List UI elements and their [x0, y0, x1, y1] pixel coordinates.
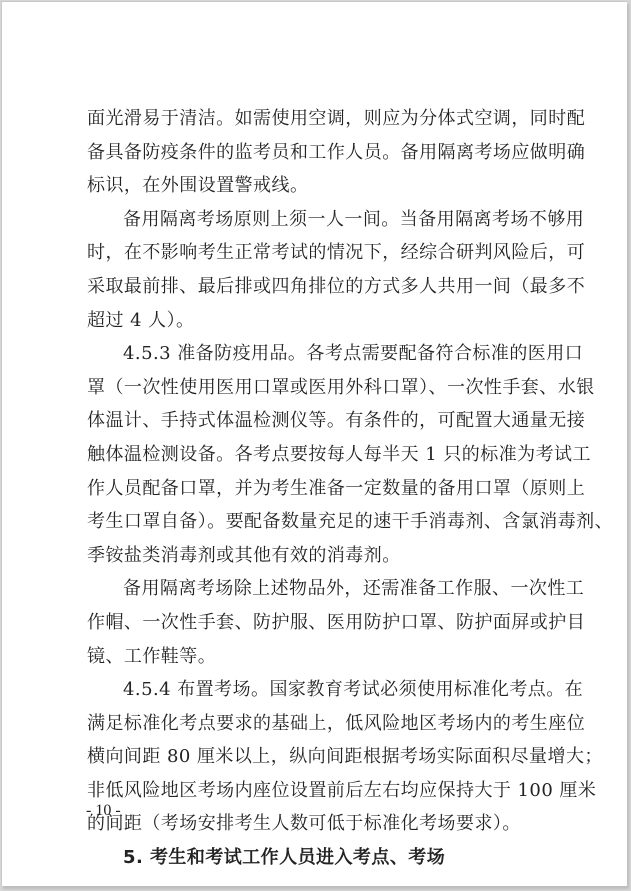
document-body: 面光滑易于清洁。如需使用空调，则应为分体式空调，同时配 备具备防疫条件的监考员和… [87, 102, 539, 875]
text-line: 的间距（考场安排考生人数可低于标准化考场要求）。 [87, 807, 539, 841]
text-line: 体温计、手持式体温检测仪等。有条件的，可配置大通量无接 [87, 404, 539, 438]
document-page: 面光滑易于清洁。如需使用空调，则应为分体式空调，同时配 备具备防疫条件的监考员和… [1, 1, 627, 886]
text-line: 季铵盐类消毒剂或其他有效的消毒剂。 [87, 539, 539, 573]
section-heading: 5. 考生和考试工作人员进入考点、考场 [87, 841, 539, 875]
text-line: 4.5.3 准备防疫用品。各考点需要配备符合标准的医用口 [87, 337, 539, 371]
text-line: 非低风险地区考场内座位设置前后左右均应保持大于 100 厘米 [87, 774, 539, 808]
text-line: 面光滑易于清洁。如需使用空调，则应为分体式空调，同时配 [87, 102, 539, 136]
text-line: 罩（一次性使用医用口罩或医用外科口罩）、一次性手套、水银 [87, 371, 539, 405]
text-line: 触体温检测设备。各考点要按每人每半天 1 只的标准为考试工 [87, 438, 539, 472]
text-line: 超过 4 人）。 [87, 304, 539, 338]
text-line: 标识，在外围设置警戒线。 [87, 169, 539, 203]
text-line: 作帽、一次性手套、防护服、医用防护口罩、防护面屏或护目 [87, 606, 539, 640]
text-line: 备具备防疫条件的监考员和工作人员。备用隔离考场应做明确 [87, 136, 539, 170]
page-number: - 10 - [86, 802, 121, 820]
text-line: 备用隔离考场原则上须一人一间。当备用隔离考场不够用 [87, 203, 539, 237]
text-line: 考生口罩自备）。要配备数量充足的速干手消毒剂、含氯消毒剂、 [87, 505, 539, 539]
text-line: 镜、工作鞋等。 [87, 640, 539, 674]
text-line: 采取最前排、最后排或四角排位的方式多人共用一间（最多不 [87, 270, 539, 304]
text-line: 作人员配备口罩，并为考生准备一定数量的备用口罩（原则上 [87, 472, 539, 506]
text-line: 满足标准化考点要求的基础上，低风险地区考场内的考生座位 [87, 707, 539, 741]
text-line: 4.5.4 布置考场。国家教育考试必须使用标准化考点。在 [87, 673, 539, 707]
text-line: 时，在不影响考生正常考试的情况下，经综合研判风险后，可 [87, 236, 539, 270]
text-line: 横向间距 80 厘米以上，纵向间距根据考场实际面积尽量增大； [87, 740, 539, 774]
text-line: 备用隔离考场除上述物品外，还需准备工作服、一次性工 [87, 572, 539, 606]
